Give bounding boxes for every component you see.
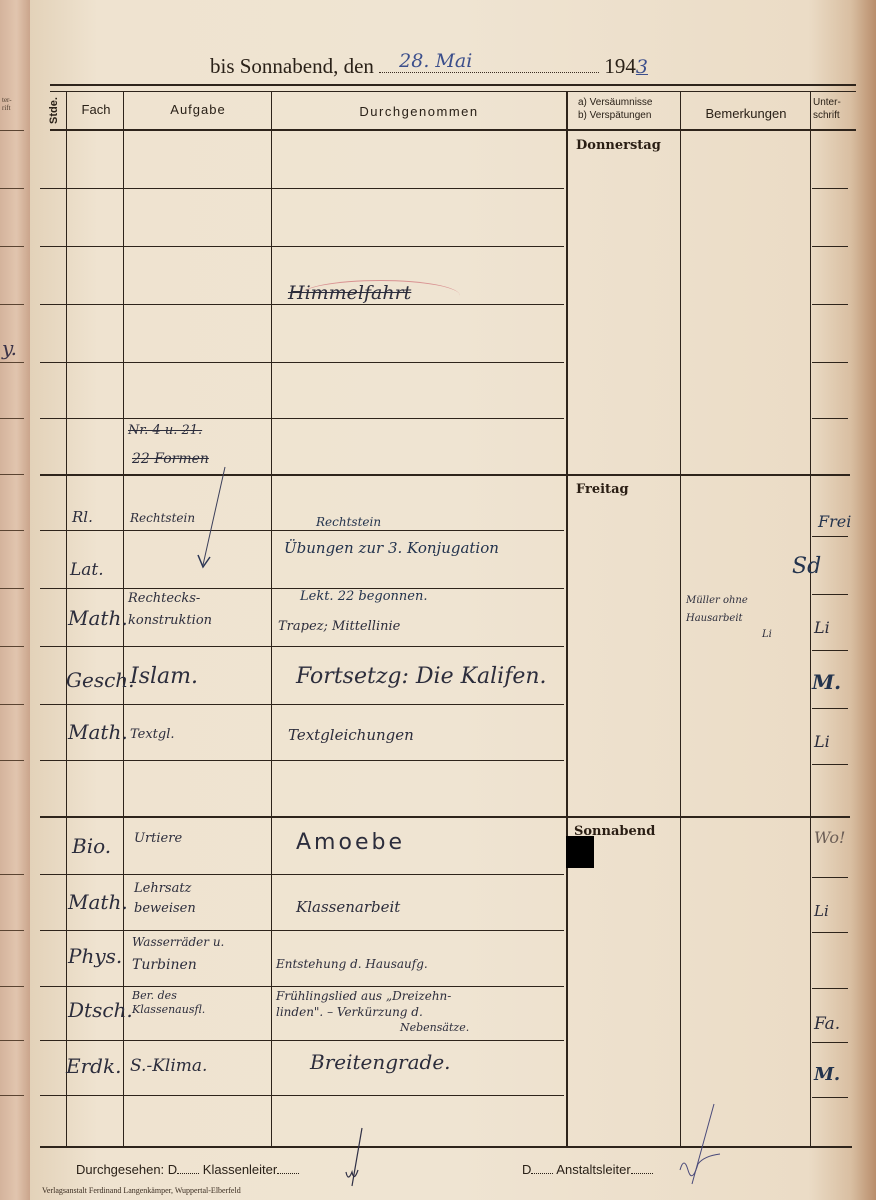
anstaltsleiter-signature [670, 1100, 730, 1190]
column-header-unterschrift: Unter- schrift [813, 96, 857, 122]
dotted-blank [531, 1173, 553, 1174]
header-prefix: bis Sonnabend, den [210, 54, 374, 78]
redaction-box [566, 836, 594, 868]
signature-rule [812, 304, 848, 305]
day-label-freitag: Freitag [576, 482, 629, 497]
signature-rule [812, 650, 848, 651]
column-header-aufgabe: Aufgabe [124, 102, 272, 117]
column-divider-durchgenommen [566, 91, 568, 1146]
previous-page-rule [0, 588, 24, 589]
aufgabe-cell: Rechtstein [130, 512, 195, 524]
previous-page-rule [0, 1040, 24, 1041]
previous-page-rule [0, 130, 24, 131]
previous-page-rule [0, 188, 24, 189]
struck-aufgabe-line-2: 22 Formen [132, 452, 209, 466]
row-rule [40, 530, 564, 531]
durchgenommen-cell: Amoebe [296, 832, 405, 854]
bemerkung-initial: Li [762, 630, 772, 640]
unterschrift-cell: M. [814, 1066, 840, 1084]
row-rule [40, 246, 564, 247]
aufgabe-cell-line-1: Ber. des [132, 990, 177, 1001]
signature-rule [812, 418, 848, 419]
anstaltsleiter-signature-field [631, 1173, 653, 1174]
durchgenommen-cell-line-1: Frühlingslied aus „Dreizehn- [276, 990, 451, 1002]
aufgabe-cell-line-2: beweisen [134, 902, 196, 915]
klassenleiter-signature [340, 1126, 370, 1192]
row-rule [40, 1040, 564, 1041]
fach-cell: Math. [68, 892, 128, 912]
previous-page-rule [0, 304, 24, 305]
row-rule [40, 418, 564, 419]
durchgenommen-cell: Rechtstein [316, 516, 381, 528]
previous-page-rule [0, 874, 24, 875]
aufgabe-cell: Islam. [130, 666, 198, 688]
durchgenommen-cell: Klassenarbeit [296, 900, 400, 915]
date-handwritten: 28. Mai [399, 50, 472, 72]
column-divider-stunde [66, 91, 67, 1146]
row-rule [40, 704, 564, 705]
column-header-versaeumnisse: a) Versäumnisse b) Verspätungen [578, 96, 682, 122]
signature-rule [812, 932, 848, 933]
column-header-stunde: Stde. [48, 97, 60, 124]
signature-rule [812, 708, 848, 709]
previous-page-header-fragment: ter- rift [2, 96, 12, 112]
aufgabe-cell: Textgl. [130, 728, 175, 741]
unterschrift-cell: Li [814, 734, 830, 750]
row-rule [40, 1095, 564, 1096]
table-bottom-rule [40, 1146, 852, 1148]
day-separator-sonnabend [40, 816, 850, 818]
header-bottom-rule [50, 129, 856, 131]
durchgenommen-cell-line-1: Lekt. 22 begonnen. [300, 590, 427, 603]
aufgabe-cell: S.-Klima. [130, 1058, 207, 1075]
fach-cell: Bio. [72, 836, 111, 856]
fach-cell: Rl. [72, 510, 93, 525]
column-header-durchgenommen: Durchgenommen [272, 104, 566, 119]
signature-rule [812, 988, 848, 989]
previous-page-rule [0, 986, 24, 987]
aufgabe-cell-line-1: Lehrsatz [134, 882, 191, 895]
row-rule [40, 760, 564, 761]
footer-principal-line: D Anstaltsleiter [522, 1162, 653, 1177]
fach-cell: Dtsch. [68, 1000, 133, 1020]
publisher-imprint: Verlagsanstalt Ferdinand Langenkämper, W… [42, 1186, 241, 1195]
previous-page-rule [0, 930, 24, 931]
column-header-fach: Fach [68, 102, 124, 117]
previous-page-rule [0, 704, 24, 705]
unterschrift-cell: Frei [818, 514, 851, 530]
signature-rule [812, 764, 848, 765]
aufgabe-cell-line-2: Klassenausfl. [132, 1004, 205, 1015]
aufgabe-cell-line-2: konstruktion [128, 614, 212, 627]
durchgesehen-label: Durchgesehen: D [76, 1162, 177, 1177]
klassenleiter-signature-field [277, 1173, 299, 1174]
previous-page-edge: ter- rift y. [0, 0, 30, 1200]
d-label: D [522, 1162, 531, 1177]
struck-aufgabe-line-1: Nr. 4 u. 21. [128, 424, 202, 437]
unterschrift-cell: Wo! [814, 830, 845, 846]
column-divider-bemerkungen [810, 91, 811, 1146]
previous-page-rule [0, 474, 24, 475]
column-divider-aufgabe [271, 91, 272, 1146]
anstaltsleiter-label: Anstaltsleiter [556, 1162, 630, 1177]
table-top-rule-2 [50, 91, 856, 92]
day-label-donnerstag: Donnerstag [576, 138, 661, 153]
row-rule [40, 646, 564, 647]
durchgenommen-cell-line-2: Trapez; Mittellinie [278, 620, 400, 633]
aufgabe-cell-line-1: Wasserräder u. [132, 936, 224, 948]
durchgenommen-cell: Übungen zur 3. Konjugation [284, 536, 564, 560]
row-rule [40, 188, 564, 189]
signature-rule [812, 877, 848, 878]
durchgenommen-cell: Textgleichungen [288, 728, 414, 743]
previous-page-handwriting: y. [2, 336, 17, 360]
durchgenommen-cell-line-3: Nebensätze. [400, 1022, 469, 1033]
durchgenommen-cell: Breitengrade. [310, 1052, 451, 1072]
unterschrift-cell: M. [812, 672, 841, 692]
fach-cell: Lat. [70, 562, 104, 579]
row-rule [40, 874, 564, 875]
klassenleiter-label: Klassenleiter [203, 1162, 277, 1177]
bemerkung-line-2: Hausarbeit [686, 614, 743, 624]
dotted-blank [177, 1173, 199, 1174]
signature-rule [812, 536, 848, 537]
signature-rule [812, 1097, 848, 1098]
bemerkung-line-1: Müller ohne [686, 596, 748, 606]
previous-page-rule [0, 246, 24, 247]
unterschrift-cell: Sd [792, 556, 821, 578]
table-top-rule [50, 84, 856, 86]
holiday-entry: Himmelfahrt [288, 284, 411, 303]
signature-rule [812, 246, 848, 247]
aufgabe-cell-line-2: Turbinen [132, 958, 197, 972]
year-handwritten: 3 [636, 56, 648, 78]
row-rule [40, 362, 564, 363]
durchgenommen-cell-line-2: linden". – Verkürzung d. [276, 1006, 423, 1018]
previous-page-rule [0, 418, 24, 419]
row-rule [40, 930, 564, 931]
column-header-bemerkungen: Bemerkungen [682, 106, 810, 121]
arrow-icon [195, 465, 235, 575]
row-rule [40, 986, 564, 987]
day-separator-freitag [40, 474, 850, 476]
durchgenommen-cell: Fortsetzg: Die Kalifen. [296, 666, 547, 688]
unterschrift-cell: Li [814, 620, 830, 636]
signature-rule [812, 1042, 848, 1043]
date-field: 28. Mai [379, 56, 599, 73]
signature-rule [812, 188, 848, 189]
signature-rule [812, 594, 848, 595]
previous-page-rule [0, 530, 24, 531]
previous-page-rule [0, 646, 24, 647]
fach-cell: Erdk. [66, 1056, 121, 1076]
aufgabe-cell-line-1: Rechtecks- [128, 592, 200, 605]
year-printed: 194 [604, 54, 636, 78]
fach-cell: Math. [68, 722, 128, 742]
unterschrift-cell: Li [814, 904, 829, 919]
fach-cell: Phys. [68, 946, 122, 966]
signature-rule [812, 362, 848, 363]
aufgabe-cell: Urtiere [134, 832, 182, 845]
fach-cell: Gesch. [66, 670, 135, 690]
fach-cell: Math. [68, 608, 128, 628]
week-header: bis Sonnabend, den 28. Mai 1943 [210, 54, 648, 79]
unterschrift-cell: Fa. [814, 1016, 840, 1033]
previous-page-rule [0, 362, 24, 363]
footer-review-line: Durchgesehen: D Klassenleiter [76, 1162, 299, 1177]
durchgenommen-cell: Entstehung d. Hausaufg. [276, 958, 428, 970]
previous-page-rule [0, 1095, 24, 1096]
previous-page-rule [0, 760, 24, 761]
column-divider-versaeumnisse [680, 91, 681, 1146]
